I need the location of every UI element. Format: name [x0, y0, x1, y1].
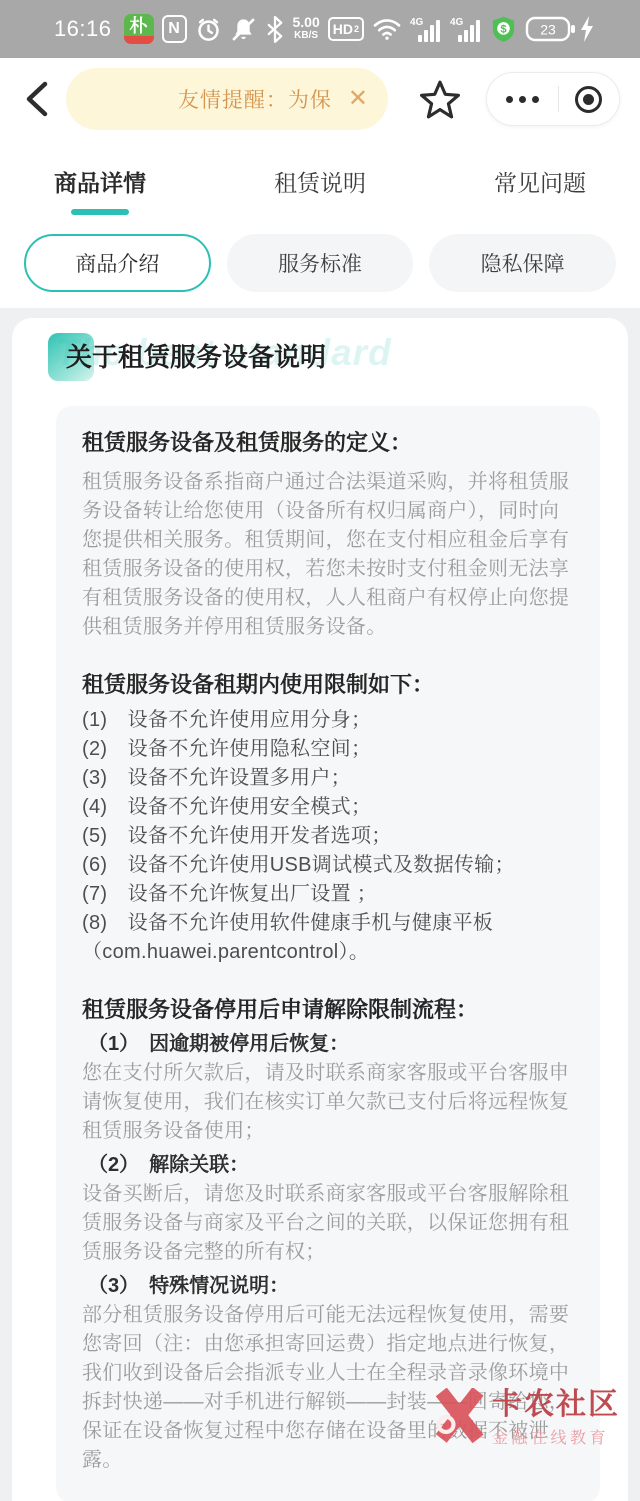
list-item-6: (6) 设备不允许使用USB调试模式及数据传输； [82, 851, 574, 880]
content-card: The best standard 关于租赁服务设备说明 租赁服务设备及租赁服务… [12, 318, 628, 1501]
app-badge-char: 朴 [130, 14, 148, 38]
charging-bolt-icon [580, 16, 594, 42]
kanong-logo-icon [432, 1388, 488, 1446]
section-unlock-process-sub-title-2: （2） 解除关联： [82, 1151, 574, 1180]
tab-rental-info-underline [291, 209, 349, 215]
pill-privacy[interactable]: 隐私保障 [429, 234, 616, 292]
navbar: 友情提醒：为保 ✕ [0, 58, 640, 140]
nfc-icon: N [162, 15, 187, 43]
pills-row: 商品介绍服务标准隐私保障 [0, 232, 640, 308]
back-button[interactable] [16, 72, 58, 126]
notice-banner[interactable]: 友情提醒：为保 ✕ [66, 68, 388, 130]
site-watermark: 卡农社区 金融在线教育 [432, 1388, 620, 1448]
notice-close-icon[interactable]: ✕ [348, 87, 368, 111]
battery-percent-svg: 23 [540, 22, 556, 38]
speed-unit: KB/S [294, 29, 318, 42]
signal-bars-icon-2: 4G [450, 15, 482, 43]
network-type-2: 4G [450, 17, 464, 28]
section-title-wrap: The best standard 关于租赁服务设备说明 [56, 334, 628, 380]
list-item-1: (1) 设备不允许使用应用分身； [82, 706, 574, 735]
wifi-icon [372, 17, 402, 41]
section-definition: 租赁服务设备及租赁服务的定义：租赁服务设备系指商户通过合法渠道采购，并将租赁服务… [82, 428, 574, 642]
info-panel: 租赁服务设备及租赁服务的定义：租赁服务设备系指商户通过合法渠道采购，并将租赁服务… [56, 406, 600, 1501]
watermark-text: 卡农社区 金融在线教育 [492, 1388, 620, 1448]
section-unlock-process-sub-title-3: （3） 特殊情况说明： [82, 1272, 574, 1301]
list-item-7: (7) 设备不允许恢复出厂设置 ； [82, 880, 574, 909]
section-definition-paragraph-1: 租赁服务设备系指商户通过合法渠道采购，并将租赁服务设备转让给您使用（设备所有权归… [82, 468, 574, 642]
tab-product-detail-underline [71, 209, 129, 215]
miniprogram-capsule [486, 72, 620, 126]
bluetooth-icon [265, 16, 285, 43]
hd-label: HD [333, 21, 353, 37]
favorite-button[interactable] [420, 79, 460, 119]
tab-product-detail-label: 商品详情 [54, 165, 146, 198]
tab-product-detail[interactable]: 商品详情 [54, 140, 146, 232]
network-speed-indicator: 5.00 KB/S [293, 16, 320, 42]
security-shield-icon: $ [490, 15, 517, 43]
section-unlock-process-sub-title-1: （1） 因逾期被停用后恢复： [82, 1030, 574, 1059]
tab-faq-label: 常见问题 [494, 165, 586, 198]
watermark-title: 卡农社区 [492, 1388, 620, 1422]
chevron-left-icon [20, 77, 54, 121]
nfc-label: N [168, 20, 180, 38]
list-item-4: (4) 设备不允许使用安全模式； [82, 793, 574, 822]
capsule-divider [558, 86, 559, 112]
clock-time: 16:16 [54, 16, 112, 42]
app-screen: { "status_bar": { "time": "16:16", "app_… [0, 0, 640, 1501]
app-badge-ribbon [124, 36, 154, 44]
page-title: 关于租赁服务设备说明 [56, 334, 628, 380]
status-bar: 16:16 朴 N 5.00 KB/S HD2 4G [0, 0, 640, 58]
tab-rental-info[interactable]: 租赁说明 [274, 140, 366, 232]
notice-text: 友情提醒：为保 [178, 84, 332, 114]
content-region: The best standard 关于租赁服务设备说明 租赁服务设备及租赁服务… [0, 308, 640, 1501]
pill-product-intro[interactable]: 商品介绍 [24, 234, 211, 292]
tab-rental-info-label: 租赁说明 [274, 165, 366, 198]
tab-faq[interactable]: 常见问题 [494, 140, 586, 232]
list-item-3: (3) 设备不允许设置多用户； [82, 764, 574, 793]
pill-service-standard[interactable]: 服务标准 [227, 234, 414, 292]
list-item-5: (5) 设备不允许使用开发者选项； [82, 822, 574, 851]
speed-value: 5.00 [293, 16, 320, 29]
volte-hd-icon: HD2 [328, 17, 364, 41]
tabs-row: 商品详情租赁说明常见问题 [0, 140, 640, 232]
battery-indicator: 23 [525, 15, 594, 43]
section-restrictions-list: (1) 设备不允许使用应用分身；(2) 设备不允许使用隐私空间；(3) 设备不允… [82, 706, 574, 967]
section-unlock-process-heading: 租赁服务设备停用后申请解除限制流程： [82, 995, 574, 1025]
tab-faq-underline [511, 209, 569, 215]
close-miniprogram-button[interactable] [575, 86, 602, 113]
signal-bars-icon-1: 4G [410, 15, 442, 43]
section-restrictions: 租赁服务设备租期内使用限制如下：(1) 设备不允许使用应用分身；(2) 设备不允… [82, 670, 574, 967]
section-unlock-process-sub-body-1: 您在支付所欠款后，请及时联系商家客服或平台客服申请恢复使用，我们在核实订单欠款已… [82, 1059, 574, 1146]
svg-text:$: $ [500, 23, 507, 35]
list-item-8: (8) 设备不允许使用软件健康手机与健康平板（com.huawei.parent… [82, 909, 574, 967]
more-options-button[interactable] [504, 90, 541, 109]
list-item-2: (2) 设备不允许使用隐私空间； [82, 735, 574, 764]
section-unlock-process-sub-body-2: 设备买断后，请您及时联系商家客服或平台客服解除租赁服务设备与商家及平台之间的关联… [82, 1180, 574, 1267]
alarm-clock-icon [195, 16, 222, 43]
hd-sup: 2 [354, 24, 359, 34]
section-restrictions-heading: 租赁服务设备租期内使用限制如下： [82, 670, 574, 700]
section-definition-heading: 租赁服务设备及租赁服务的定义： [82, 428, 574, 458]
network-type-1: 4G [410, 17, 424, 28]
watermark-subtitle: 金融在线教育 [492, 1425, 620, 1448]
bell-muted-icon [230, 16, 257, 43]
star-icon [420, 79, 460, 119]
app-notification-icon: 朴 [124, 14, 154, 44]
